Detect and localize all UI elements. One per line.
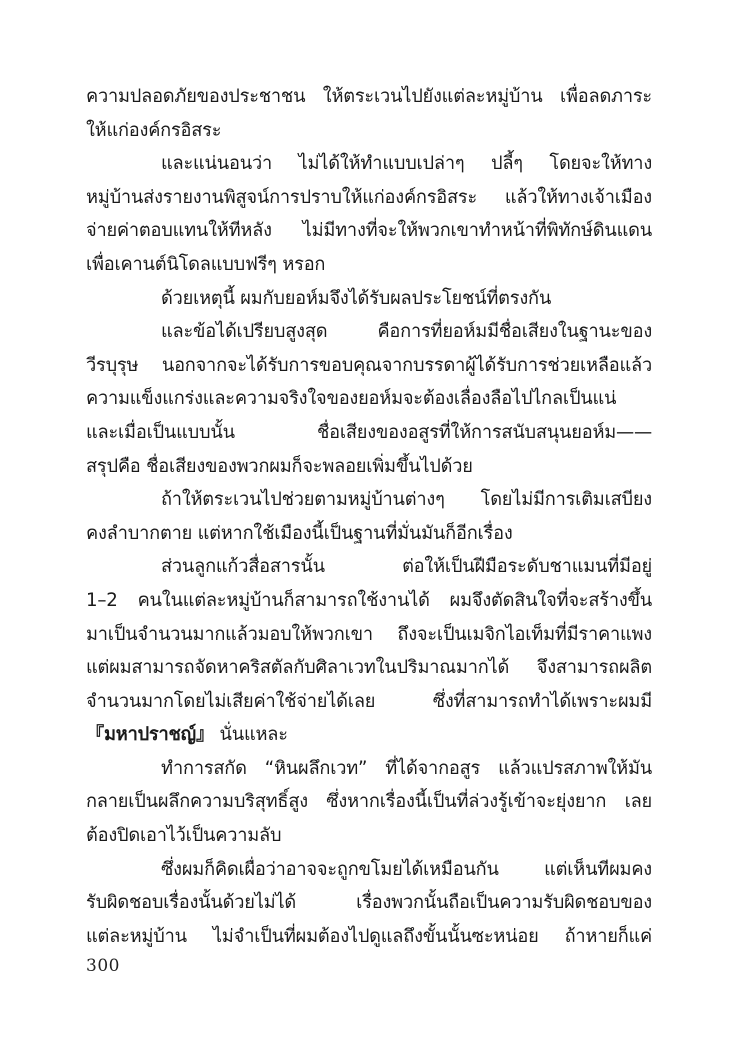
text-line: ถ้าให้ตระเวนไปช่วยตามหมู่บ้านต่างๆ โดยไม…	[86, 483, 652, 517]
text-line: 『มหาปราชญ์』 นั่นแหละ	[86, 718, 652, 752]
text-line: แต่ละหมู่บ้าน ไม่จำเป็นที่ผมต้องไปดูแลถึ…	[86, 920, 652, 954]
page-number: 300	[86, 956, 120, 976]
text-line: และข้อได้เปรียบสูงสุด คือการที่ยอห์มมีชื…	[86, 315, 652, 349]
text-line: สรุปคือ ชื่อเสียงของพวกผมก็จะพลอยเพิ่มขึ…	[86, 450, 652, 484]
text-line: ส่วนลูกแก้วสื่อสารนั้น ต่อให้เป็นฝีมือระ…	[86, 550, 652, 584]
text-line: จ่ายค่าตอบแทนให้ทีหลัง ไม่มีทางที่จะให้พ…	[86, 214, 652, 248]
text-line: ต้องปิดเอาไว้เป็นความลับ	[86, 819, 652, 853]
text-line: จำนวนมากโดยไม่เสียค่าใช้จ่ายได้เลย ซึ่งท…	[86, 685, 652, 719]
text-line: มาเป็นจำนวนมากแล้วมอบให้พวกเขา ถึงจะเป็น…	[86, 618, 652, 652]
text-line: รับผิดชอบเรื่องนั้นด้วยไม่ได้ เรื่องพวกน…	[86, 886, 652, 920]
text-line: ทำการสกัด “หินผลึกเวท” ที่ได้จากอสูร แล้…	[86, 752, 652, 786]
text-line: 1–2 คนในแต่ละหมู่บ้านก็สามารถใช้งานได้ ผ…	[86, 584, 652, 618]
text-line: วีรบุรุษ นอกจากจะได้รับการขอบคุณจากบรรดา…	[86, 349, 652, 383]
text-line: เพื่อเคานต์นิโดลแบบฟรีๆ หรอก	[86, 248, 652, 282]
skill-name-emphasis: 『มหาปราชญ์』	[86, 724, 214, 745]
text-line: ความปลอดภัยของประชาชน ให้ตระเวนไปยังแต่ล…	[86, 80, 652, 114]
text-line: คงลำบากตาย แต่หากใช้เมืองนี้เป็นฐานที่มั…	[86, 517, 652, 551]
text-line-suffix: นั่นแหละ	[214, 724, 288, 745]
text-line: ความแข็งแกร่งและความจริงใจของยอห์มจะต้อง…	[86, 382, 652, 416]
text-line: ซึ่งผมก็คิดเผื่อว่าอาจจะถูกขโมยได้เหมือน…	[86, 853, 652, 887]
text-line: และแน่นอนว่า ไม่ได้ให้ทำแบบเปล่าๆ ปลี้ๆ …	[86, 147, 652, 181]
text-line: และเมื่อเป็นแบบนั้น ชื่อเสียงของอสูรที่ใ…	[86, 416, 652, 450]
page-body: ความปลอดภัยของประชาชน ให้ตระเวนไปยังแต่ล…	[86, 80, 652, 953]
text-line: หมู่บ้านส่งรายงานพิสูจน์การปราบให้แก่องค…	[86, 181, 652, 215]
text-line: ให้แก่องค์กรอิสระ	[86, 114, 652, 148]
text-line: แต่ผมสามารถจัดหาคริสตัลกับศิลาเวทในปริมา…	[86, 651, 652, 685]
text-line: กลายเป็นผลึกความบริสุทธิ์สูง ซึ่งหากเรื่…	[86, 785, 652, 819]
text-line: ด้วยเหตุนี้ ผมกับยอห์มจึงได้รับผลประโยชน…	[86, 282, 652, 316]
